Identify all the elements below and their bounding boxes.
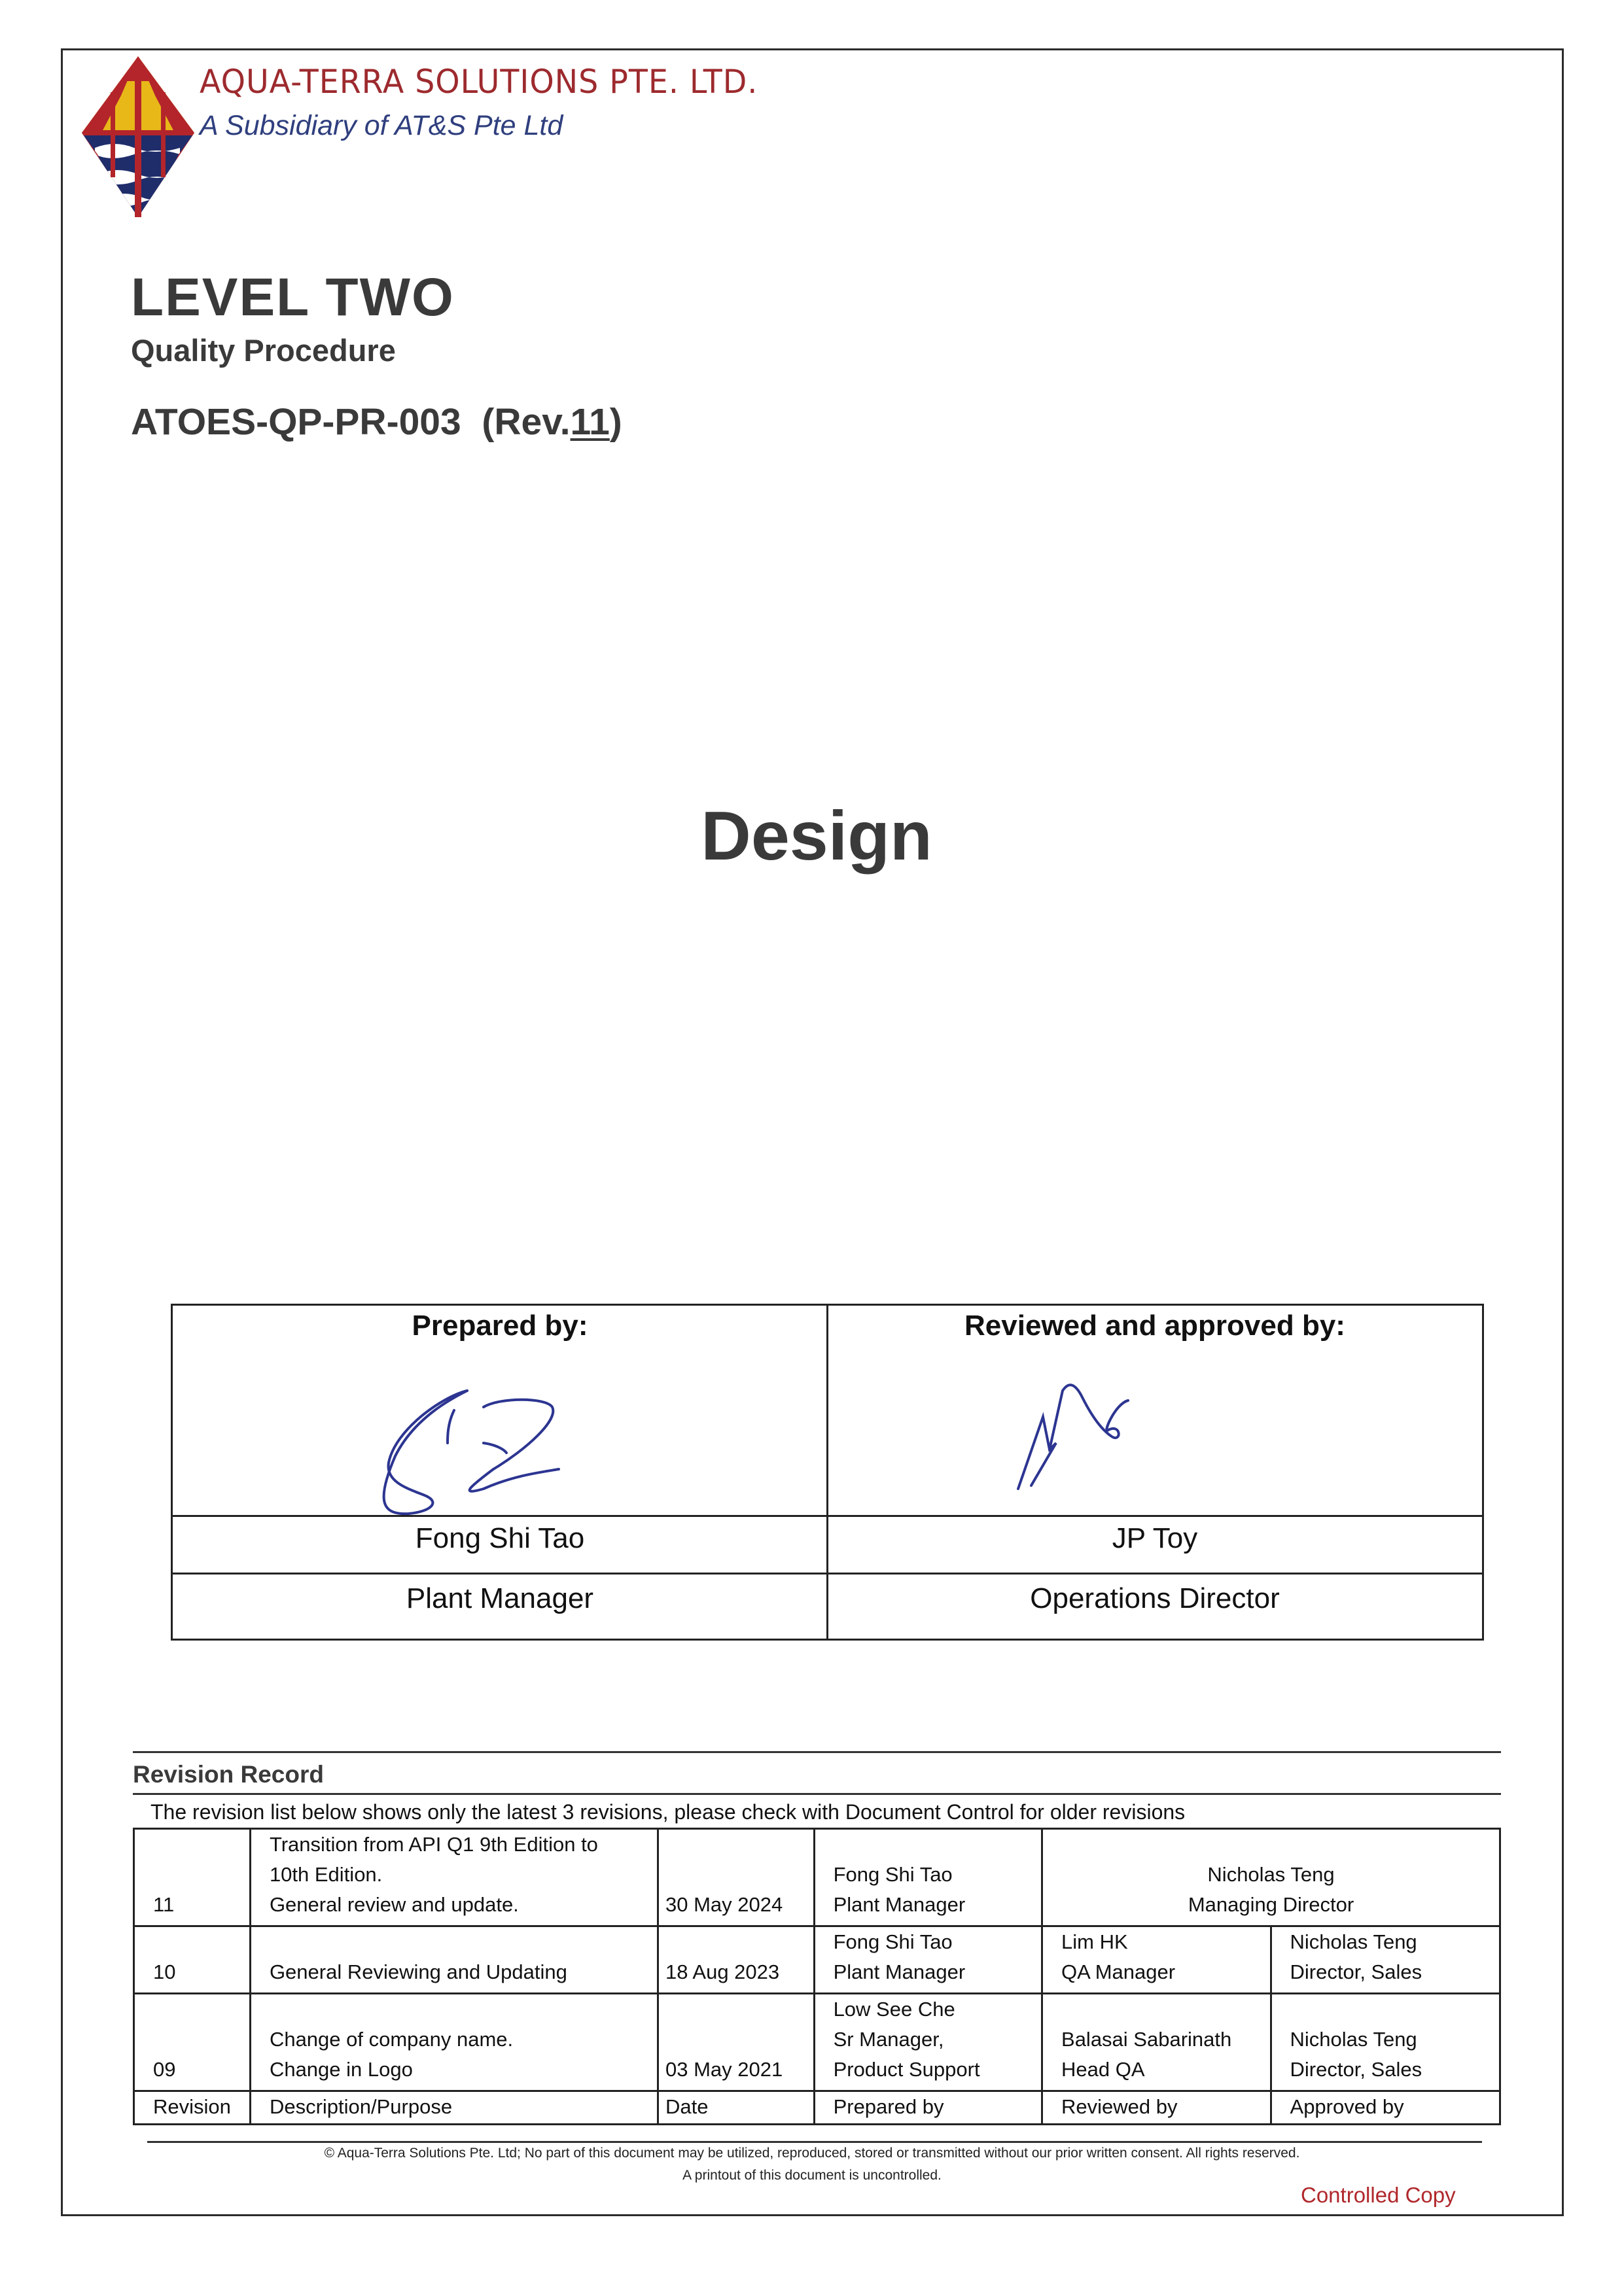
prepared-by-role: Plant Manager: [173, 1582, 827, 1615]
date-cell: 18 Aug 2023: [658, 1926, 815, 1994]
rev-suffix: ): [610, 401, 622, 443]
reviewed-signature-icon: [1017, 1378, 1187, 1495]
description-cell: Transition from API Q1 9th Edition to 10…: [250, 1829, 658, 1926]
document-level: LEVEL TWO: [131, 267, 455, 328]
column-header-approved-by: Approved by: [1271, 2091, 1500, 2125]
prepared-by-cell: Fong Shi Tao Plant Manager: [814, 1926, 1042, 1994]
section-rule: [133, 1793, 1501, 1795]
table-row: 11 Transition from API Q1 9th Edition to…: [134, 1829, 1500, 1926]
prepared-by-cell: Fong Shi Tao Plant Manager: [814, 1829, 1042, 1926]
reviewed-by-name: JP Toy: [828, 1522, 1482, 1555]
column-header-reviewed-by: Reviewed by: [1042, 2091, 1271, 2125]
description-cell: General Reviewing and Updating: [250, 1926, 658, 1994]
copyright-notice: © Aqua-Terra Solutions Pte. Ltd; No part…: [0, 2146, 1624, 2161]
column-header-description: Description/Purpose: [250, 2091, 658, 2125]
prepared-signature-icon: [369, 1371, 644, 1515]
revision-cell: 10: [134, 1926, 251, 1994]
section-rule: [133, 1751, 1501, 1753]
person-role: Plant Manager: [834, 1957, 1036, 1987]
reviewed-approved-header: Reviewed and approved by:: [828, 1310, 1482, 1342]
description-cell: Change of company name. Change in Logo: [250, 1994, 658, 2091]
reviewed-by-cell: Lim HK QA Manager: [1042, 1926, 1271, 1994]
table-row: 09 Change of company name. Change in Log…: [134, 1994, 1500, 2091]
reviewed-approved-cell: Nicholas Teng Managing Director: [1042, 1829, 1500, 1926]
column-header-date: Date: [658, 2091, 815, 2125]
description-line: 10th Edition.: [270, 1860, 652, 1890]
description-line: General Reviewing and Updating: [270, 1957, 652, 1987]
subsidiary-line: A Subsidiary of AT&S Pte Ltd: [200, 110, 563, 142]
rev-prefix: (Rev.: [482, 401, 570, 443]
description-line: Change of company name.: [270, 2025, 652, 2055]
footer-rule: [147, 2141, 1482, 2143]
approved-by-cell: Nicholas Teng Director, Sales: [1271, 1926, 1500, 1994]
person-role: Product Support: [834, 2055, 1036, 2085]
person-role: Head QA: [1061, 2055, 1265, 2085]
date-cell: 03 May 2021: [658, 1994, 815, 2091]
document-title: Design: [0, 797, 1624, 876]
rev-number: 11: [571, 401, 610, 443]
row-divider: [173, 1515, 1482, 1517]
company-name: AQUA-TERRA SOLUTIONS PTE. LTD.: [200, 63, 758, 101]
person-role: Plant Manager: [834, 1890, 1036, 1920]
revision-cell: 09: [134, 1994, 251, 2091]
description-line: General review and update.: [270, 1890, 652, 1920]
revision-notice: The revision list below shows only the l…: [150, 1800, 1185, 1824]
approval-table: Prepared by: Reviewed and approved by: F…: [171, 1304, 1484, 1641]
person-name: Nicholas Teng: [1290, 1927, 1494, 1957]
person-name: Balasai Sabarinath: [1061, 2025, 1265, 2055]
printout-note: A printout of this document is uncontrol…: [0, 2168, 1624, 2183]
column-header-prepared-by: Prepared by: [814, 2091, 1042, 2125]
revision-record-title: Revision Record: [133, 1761, 324, 1788]
company-logo-icon: [82, 56, 194, 217]
document-number: ATOES-QP-PR-003 (Rev.11): [131, 400, 622, 444]
document-type: Quality Procedure: [131, 332, 396, 368]
controlled-copy-stamp: Controlled Copy: [1301, 2183, 1456, 2208]
description-line: Transition from API Q1 9th Edition to: [270, 1830, 652, 1860]
prepared-by-name: Fong Shi Tao: [173, 1522, 827, 1555]
row-divider: [173, 1573, 1482, 1574]
column-header-revision: Revision: [134, 2091, 251, 2125]
document-code: ATOES-QP-PR-003: [131, 401, 461, 443]
person-role: QA Manager: [1061, 1957, 1265, 1987]
table-header-row: Revision Description/Purpose Date Prepar…: [134, 2091, 1500, 2125]
prepared-by-cell: Low See Che Sr Manager, Product Support: [814, 1994, 1042, 2091]
table-row: 10 General Reviewing and Updating 18 Aug…: [134, 1926, 1500, 1994]
person-name: Fong Shi Tao: [834, 1860, 1036, 1890]
person-name: Nicholas Teng: [1048, 1860, 1494, 1890]
person-role: Director, Sales: [1290, 1957, 1494, 1987]
person-role: Managing Director: [1048, 1890, 1494, 1920]
revision-cell: 11: [134, 1829, 251, 1926]
description-line: Change in Logo: [270, 2055, 652, 2085]
prepared-by-header: Prepared by:: [173, 1310, 827, 1342]
person-role: Sr Manager,: [834, 2025, 1036, 2055]
reviewed-by-cell: Balasai Sabarinath Head QA: [1042, 1994, 1271, 2091]
date-cell: 30 May 2024: [658, 1829, 815, 1926]
reviewed-by-role: Operations Director: [828, 1582, 1482, 1615]
person-name: Lim HK: [1061, 1927, 1265, 1957]
person-name: Fong Shi Tao: [834, 1927, 1036, 1957]
person-role: Director, Sales: [1290, 2055, 1494, 2085]
approved-by-cell: Nicholas Teng Director, Sales: [1271, 1994, 1500, 2091]
revision-table: 11 Transition from API Q1 9th Edition to…: [133, 1828, 1501, 2125]
person-name: Nicholas Teng: [1290, 2025, 1494, 2055]
person-name: Low See Che: [834, 1994, 1036, 2025]
